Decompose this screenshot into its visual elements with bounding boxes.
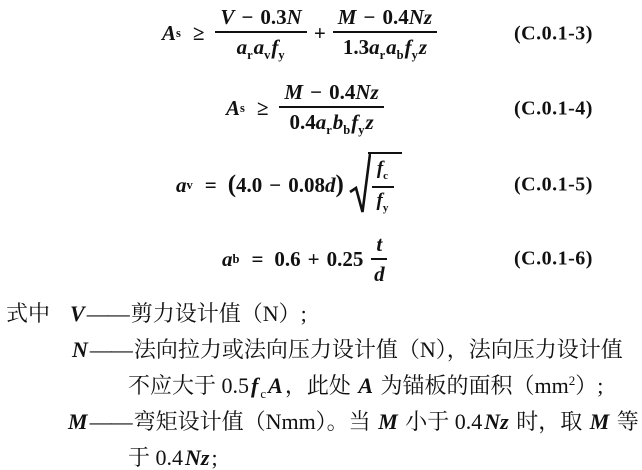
var-As: A [226,96,240,121]
sub-r: r [326,123,332,137]
equation-number: (C.0.1-6) [514,248,593,271]
coef: 0.4 [289,110,315,134]
em-dash: —— [87,301,129,326]
var-M: M [338,5,357,29]
equation-c014: As ≥ M−0.4Nz 0.4arbbfyz (C.0.1-4) [0,78,642,140]
fraction: M−0.4Nz 0.4arbbfyz [279,81,383,137]
definition-line-n: N——法向拉力或法向压力设计值（N），法向压力设计值 [70,333,623,364]
coef: 0.3 [260,5,286,29]
definition-line-m-cont: 于 0.4Nz; [128,441,218,470]
symbol-N: N [72,337,88,362]
geq-sign: ≥ [193,21,205,46]
fraction: t d [371,233,387,285]
var-f: f [251,373,258,398]
equation-c013: As ≥ V−0.3N aravfy + M−0.4Nz 1.3arabfyz … [0,4,642,64]
plus-sign: + [314,21,326,46]
numerator: M−0.4Nz [333,6,437,33]
var-a: a [369,35,380,59]
definition-text: 不应大于 0.5 [128,373,249,398]
var-z: z [419,35,427,59]
symbol-M: M [68,409,88,434]
equation-number: (C.0.1-4) [514,98,593,121]
sub-s: s [176,26,181,41]
var-f: f [405,35,412,59]
var-N: N [287,5,302,29]
sub-y: y [358,123,364,137]
sub-y: y [412,48,418,62]
definition-line-v: 式中V——剪力设计值（N）; [6,297,307,328]
em-dash: —— [90,409,132,434]
sub-c: c [383,170,388,182]
definition-line-m: M——弯矩设计值（Nmm）。当 M 小于 0.4Nz 时，取 M 等 [66,405,639,436]
definition-text: 等 [611,409,639,434]
var-av: a [176,173,187,198]
numerator: t [371,233,387,260]
sub-b: b [343,123,350,137]
formula-intro-label: 式中 [6,301,50,326]
definition-text: 剪力设计值（N）; [131,301,307,326]
var-f: f [377,190,383,211]
equation-number: (C.0.1-5) [514,174,593,197]
fraction: fc fy [372,159,394,214]
em-dash: —— [90,337,132,362]
sub-y: y [278,48,284,62]
var-Nz: Nz [185,445,209,470]
sub-c: c [260,386,266,401]
coef: 0.4 [329,80,355,104]
var-Nz: Nz [409,5,432,29]
var-As: A [162,21,176,46]
var-ab: a [222,247,233,272]
square-root: fc fy [349,152,402,218]
definition-text: 小于 0.4 [400,409,483,434]
minus-sign: − [363,5,375,29]
symbol-V: V [70,301,85,326]
fraction-2: M−0.4Nz 1.3arabfyz [333,6,437,62]
equals-sign: = [205,173,217,198]
definition-text: 弯矩设计值（Nmm）。当 [134,409,377,434]
definition-text: 时，取 [511,409,588,434]
denominator: aravfy [215,33,306,62]
numerator: fc [372,159,394,188]
equation-c016-body: ab = 0.6 + 0.25 t d [222,233,387,285]
denominator: d [371,260,387,285]
coef: 0.08 [288,173,325,198]
var-b: b [333,110,344,134]
minus-sign: − [310,80,322,104]
definition-line-n-cont: 不应大于 0.5fcA，此处 A 为锚板的面积（mm2）; [128,369,603,402]
sub-b: b [397,48,404,62]
minus-sign: − [241,5,253,29]
minus-sign: − [269,173,281,198]
var-a: a [254,35,265,59]
var-d: d [325,173,336,198]
equation-c014-body: As ≥ M−0.4Nz 0.4arbbfyz [226,81,384,137]
sub-r: r [247,48,253,62]
radicand: fc fy [368,152,402,214]
geq-sign: ≥ [257,96,269,121]
var-t: t [376,232,382,256]
document-page: As ≥ V−0.3N aravfy + M−0.4Nz 1.3arabfyz … [0,0,642,470]
denominator: 1.3arabfyz [333,33,437,62]
denominator: 0.4arbbfyz [279,108,383,137]
var-a: a [386,35,397,59]
open-paren: ( [228,171,236,199]
coef: 0.25 [327,247,364,272]
sub-v: v [187,178,193,193]
var-a: a [237,35,248,59]
equals-sign: = [251,247,263,272]
definition-text: 于 0.4 [128,445,183,470]
var-Nz: Nz [355,80,378,104]
coef: 4.0 [236,173,262,198]
definition-text: ; [211,445,217,470]
sub-s: s [240,101,245,116]
sub-r: r [380,48,386,62]
coef: 0.6 [274,247,300,272]
equation-c013-body: As ≥ V−0.3N aravfy + M−0.4Nz 1.3arabfyz [162,6,437,62]
equation-c016: ab = 0.6 + 0.25 t d (C.0.1-6) [0,230,642,288]
definition-text: 法向拉力或法向压力设计值（N），法向压力设计值 [134,337,623,362]
var-Nz: Nz [484,409,508,434]
denominator: fy [372,188,394,215]
equation-c015-body: av = ( 4.0 − 0.08d ) fc fy [176,152,402,218]
equation-number: (C.0.1-3) [514,23,593,46]
var-d: d [374,262,385,286]
sub-y: y [383,202,389,214]
fraction-1: V−0.3N aravfy [215,6,306,62]
sub-b: b [233,252,240,267]
sub-v: v [264,48,270,62]
close-paren: ) [336,171,344,199]
coef: 1.3 [343,35,369,59]
var-M: M [284,80,303,104]
var-A: A [358,373,373,398]
equation-c015: av = ( 4.0 − 0.08d ) fc fy (C.0.1-5) [0,148,642,222]
definition-text: 为锚板的面积（mm [375,373,569,398]
definition-text: ）; [575,373,603,398]
var-A: A [268,373,283,398]
numerator: V−0.3N [215,6,306,33]
var-z: z [365,110,373,134]
numerator: M−0.4Nz [279,81,383,108]
var-a: a [316,110,327,134]
var-M: M [378,409,398,434]
definition-text: ，此处 [285,373,357,398]
plus-sign: + [308,247,320,272]
coef: 0.4 [382,5,408,29]
var-V: V [220,5,234,29]
var-M: M [590,409,610,434]
